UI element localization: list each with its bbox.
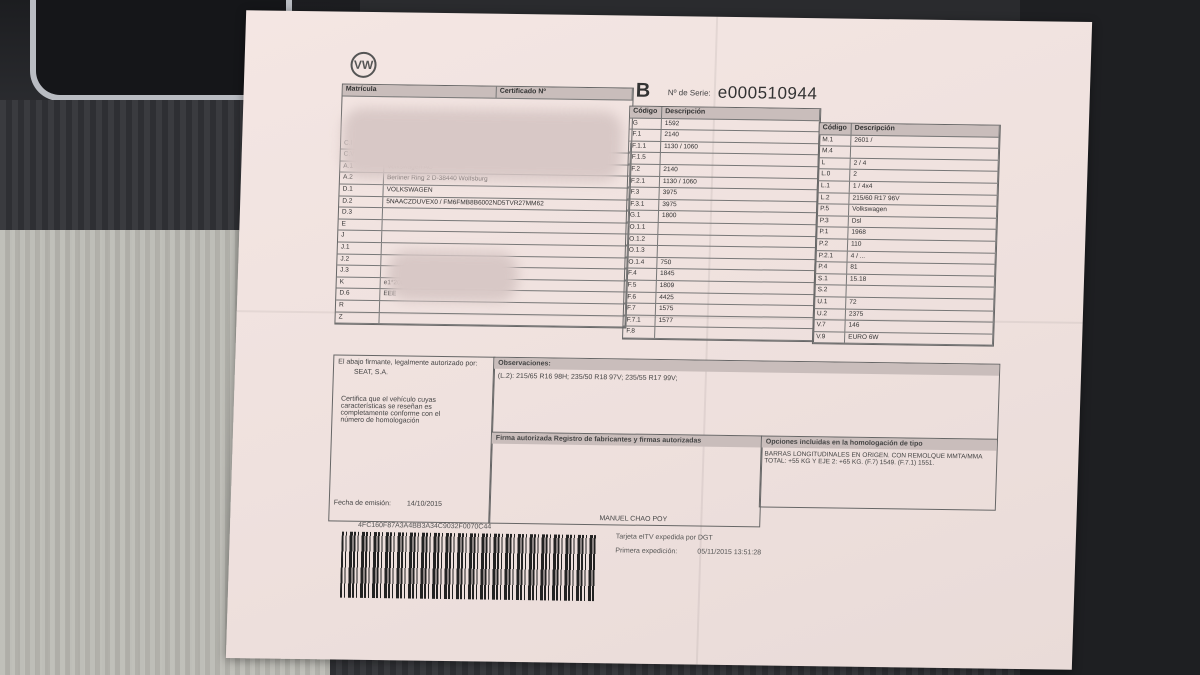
fecha-value: 14/10/2015 [407, 500, 442, 507]
row-code: F.1 [629, 130, 661, 141]
row-value: 3975 [659, 188, 817, 201]
row-code: P.2.1 [816, 251, 848, 262]
row-value: 1577 [655, 316, 813, 329]
document-type-letter: B [635, 80, 650, 103]
row-code: S.2 [814, 285, 846, 296]
serie-label: Nº de Serie: [668, 88, 711, 98]
row-code: U.2 [814, 309, 846, 320]
signer-box: El abajo firmante, legalmente autorizado… [328, 354, 495, 523]
table-row: F.8 [623, 327, 813, 341]
row-code: F.7 [624, 304, 656, 315]
row-value [846, 286, 994, 299]
table-row: V.9EURO 6W [813, 332, 993, 346]
row-code: F.1.1 [629, 141, 661, 152]
row-code: G.1 [627, 211, 659, 222]
row-value: 110 [848, 240, 996, 253]
row-code: O.1.3 [626, 246, 658, 257]
row-code: F.2.1 [628, 176, 660, 187]
row-code: L.2 [817, 193, 849, 204]
row-value: Dsl [849, 216, 997, 229]
row-code: J [338, 231, 382, 242]
row-value: 81 [847, 263, 995, 276]
row-code: P.5 [817, 204, 849, 215]
row-code: O.1.1 [626, 222, 658, 233]
row-value: Volkswagen [849, 205, 997, 218]
row-value: 1130 / 1060 [660, 177, 818, 190]
row-code: M.4 [819, 146, 851, 157]
row-value [658, 223, 816, 236]
row-code: M.1 [819, 135, 851, 146]
primera-value: 05/11/2015 13:51:28 [697, 549, 761, 557]
row-code: V.7 [813, 320, 845, 331]
redacted-owner-area [387, 250, 519, 302]
row-code: V.9 [813, 332, 845, 343]
row-value: 4425 [656, 292, 814, 305]
row-code: J.3 [337, 266, 381, 277]
row-value [379, 313, 625, 327]
row-value: 4 / ... [848, 251, 996, 264]
row-value [851, 147, 999, 160]
row-value [655, 327, 813, 340]
row-code: P.4 [815, 262, 847, 273]
row-value: 215/60 R17 96V [849, 193, 997, 206]
row-code: F.7.1 [623, 315, 655, 326]
fecha-label: Fecha de emisión: [334, 499, 391, 507]
barcode-code: 4FC160F87A3A4BB3A34C9032F0070C44 [358, 522, 491, 531]
barcode [340, 532, 597, 602]
tarjeta-label: Tarjeta eITV expedida por DGT [616, 533, 713, 541]
right-data-table: Código Descripción M.12601 /M.4L2 / 4L.0… [812, 122, 1001, 347]
row-value: 2601 / [851, 135, 999, 148]
row-code: L.0 [818, 170, 850, 181]
row-value: 2375 [846, 309, 994, 322]
row-value: 72 [846, 298, 994, 311]
row-code: F.6 [624, 292, 656, 303]
firma-box: Firma autorizada Registro de fabricantes… [488, 432, 763, 528]
row-code: L [818, 158, 850, 169]
row-code: D.1 [339, 184, 383, 195]
observaciones-box: Observaciones: (L.2): 215/65 R16 98H; 23… [491, 357, 1000, 441]
row-value: 2 [850, 170, 998, 183]
primera-label: Primera expedición: [615, 547, 677, 555]
vehicle-registration-document: VW B Nº de Serie: e000510944 Matrícula C… [226, 10, 1092, 670]
row-value: 3975 [659, 200, 817, 213]
row-value: 15.18 [847, 274, 995, 287]
row-value: 1592 [662, 119, 820, 132]
row-code: S.1 [815, 274, 847, 285]
row-code: K [337, 277, 381, 288]
row-value [658, 246, 816, 259]
row-code: D.6 [336, 289, 380, 300]
row-value: 2140 [661, 130, 819, 143]
firma-name: MANUEL CHAO POY [599, 515, 667, 523]
row-code: Z [335, 312, 379, 323]
row-value: 1809 [657, 281, 815, 294]
row-code: O.1.4 [625, 257, 657, 268]
row-value: 146 [845, 321, 993, 334]
opciones-box: Opciones incluidas en la homologación de… [759, 435, 998, 510]
row-code: P.2 [816, 239, 848, 250]
row-code: F.8 [623, 327, 655, 338]
row-code: F.3.1 [627, 199, 659, 210]
row-value: 2140 [660, 165, 818, 178]
serie-number: e000510944 [717, 83, 817, 104]
row-code: L.1 [818, 181, 850, 192]
row-code: E [338, 219, 382, 230]
row-value: EURO 6W [845, 332, 993, 345]
row-value: 1968 [848, 228, 996, 241]
firma-title: Firma autorizada Registro de fabricantes… [492, 433, 762, 448]
row-value: 1 / 4x4 [850, 182, 998, 195]
row-code: O.1.2 [626, 234, 658, 245]
row-value: 1845 [657, 269, 815, 282]
row-value: 1130 / 1060 [661, 142, 819, 155]
row-code: U.1 [814, 297, 846, 308]
redacted-plate-area [341, 108, 623, 182]
row-value: 1575 [656, 304, 814, 317]
row-value: 2 / 4 [850, 158, 998, 171]
row-code: R [336, 300, 380, 311]
vw-logo-icon: VW [350, 52, 377, 78]
row-code: F.1.5 [629, 153, 661, 164]
row-code: D.3 [339, 208, 383, 219]
row-value [661, 153, 819, 166]
row-value: 750 [657, 258, 815, 271]
row-code: J.1 [338, 242, 382, 253]
row-code: F.5 [625, 280, 657, 291]
opciones-text: BARRAS LONGITUDINALES EN ORIGEN. CON REM… [761, 447, 997, 470]
row-code: P.1 [816, 228, 848, 239]
mid-data-table: Código Descripción G1592F.12140F.1.11130… [622, 106, 821, 342]
row-code: F.4 [625, 269, 657, 280]
row-value [658, 235, 816, 248]
certify-text: Certifica que el vehículo cuyas caracter… [332, 375, 469, 425]
row-code: P.3 [817, 216, 849, 227]
row-value: 1800 [659, 211, 817, 224]
row-code: J.2 [337, 254, 381, 265]
table-header: Matrícula Certificado Nº [343, 85, 633, 101]
row-code: F.3 [627, 188, 659, 199]
row-code: G [630, 118, 662, 129]
row-code: D.2 [339, 196, 383, 207]
row-code: F.2 [628, 165, 660, 176]
